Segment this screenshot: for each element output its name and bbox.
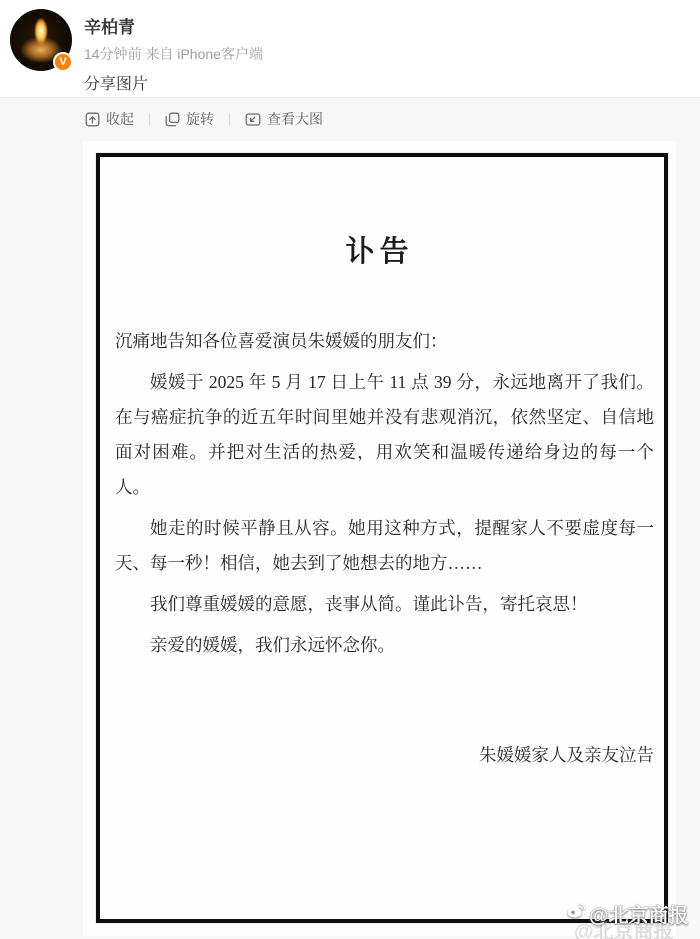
collapse-icon bbox=[85, 112, 100, 127]
post-meta: 14分钟前 来自 iPhone客户端 bbox=[84, 44, 263, 64]
obituary-image[interactable]: 讣告 沉痛地告知各位喜爱演员朱媛媛的朋友们： 媛媛于 2025 年 5 月 17… bbox=[83, 141, 676, 936]
rotate-button[interactable]: 旋转 bbox=[165, 109, 214, 129]
toolbar-divider bbox=[229, 113, 230, 126]
collapse-label: 收起 bbox=[106, 109, 134, 129]
obituary-signature: 朱媛媛家人及亲友泣告 bbox=[479, 742, 654, 767]
obituary-paragraph: 她走的时候平静且从容。她用这种方式，提醒家人不要虚度每一天、每一秒！相信，她去到… bbox=[115, 511, 654, 581]
view-large-button[interactable]: 查看大图 bbox=[245, 109, 323, 129]
rotate-label: 旋转 bbox=[186, 109, 214, 129]
toolbar-divider bbox=[149, 113, 150, 126]
post-content-text: 分享图片 bbox=[84, 71, 148, 94]
obituary-salutation: 沉痛地告知各位喜爱演员朱媛媛的朋友们： bbox=[115, 324, 654, 359]
verified-v-icon: V bbox=[53, 52, 73, 72]
obituary-paragraph: 我们尊重媛媛的意愿，丧事从简。谨此讣告，寄托哀思！ bbox=[115, 587, 654, 622]
image-section: 收起 旋转 查看大图 讣告 bbox=[0, 97, 700, 939]
collapse-button[interactable]: 收起 bbox=[85, 109, 134, 129]
obituary-paragraph: 亲爱的媛媛，我们永远怀念你。 bbox=[115, 628, 654, 663]
post-header: V 辛柏青 14分钟前 来自 iPhone客户端 分享图片 bbox=[0, 0, 700, 97]
view-large-label: 查看大图 bbox=[267, 109, 323, 129]
view-large-icon bbox=[245, 112, 261, 127]
image-toolbar: 收起 旋转 查看大图 bbox=[85, 98, 323, 140]
author-name[interactable]: 辛柏青 bbox=[84, 13, 135, 38]
rotate-icon bbox=[165, 112, 180, 127]
obituary-paragraph: 媛媛于 2025 年 5 月 17 日上午 11 点 39 分，永远地离开了我们… bbox=[115, 365, 654, 505]
obituary-title: 讣告 bbox=[83, 229, 676, 270]
obituary-body: 沉痛地告知各位喜爱演员朱媛媛的朋友们： 媛媛于 2025 年 5 月 17 日上… bbox=[115, 324, 654, 669]
